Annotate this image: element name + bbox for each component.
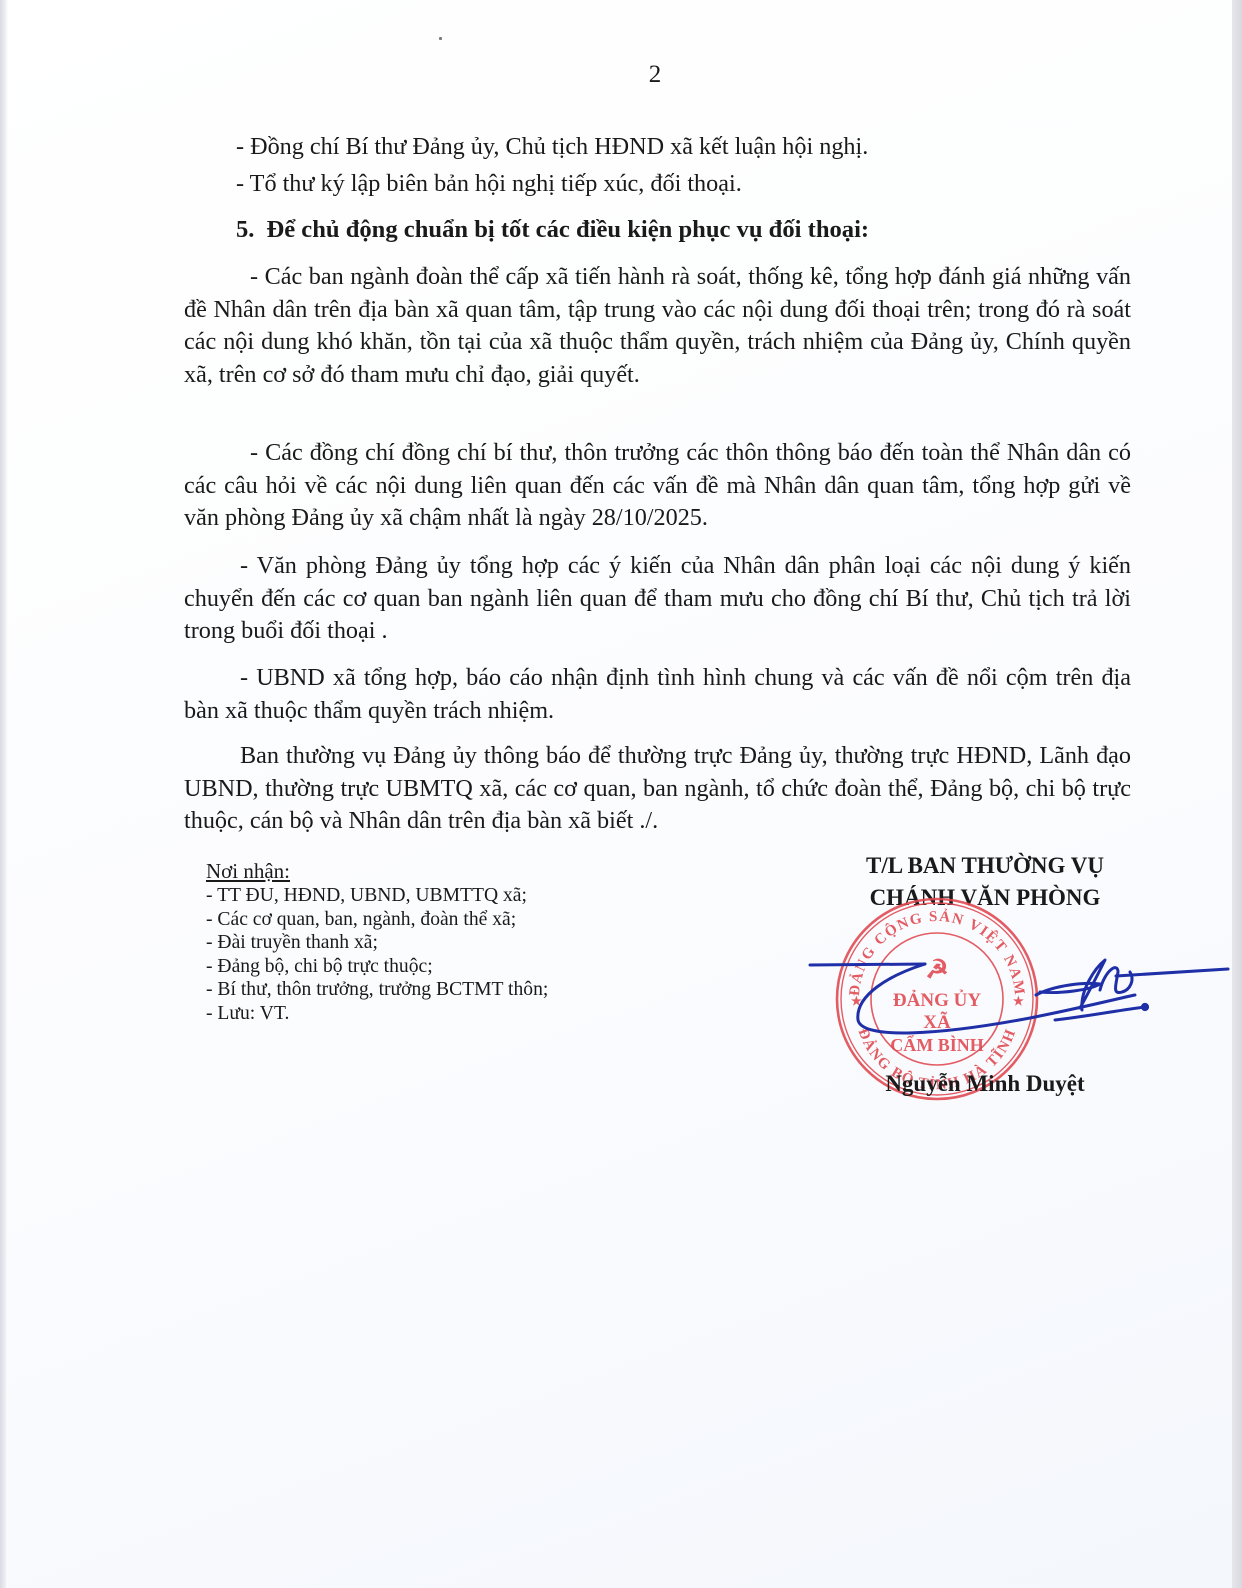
paragraph-ubnd: - UBND xã tổng hợp, báo cáo nhận định tì… bbox=[184, 662, 1131, 727]
paragraph-review: - Các ban ngành đoàn thể cấp xã tiến hàn… bbox=[184, 261, 1131, 391]
recipient-item: - Các cơ quan, ban, ngành, đoàn thể xã; bbox=[206, 908, 548, 932]
scan-speck bbox=[439, 37, 442, 40]
recipient-item: - Bí thư, thôn trưởng, trưởng BCTMT thôn… bbox=[206, 978, 548, 1002]
handwritten-signature bbox=[800, 940, 1230, 1050]
scan-edge-left bbox=[0, 0, 8, 1588]
paragraph-village-notice: - Các đồng chí đồng chí bí thư, thôn trư… bbox=[184, 437, 1131, 535]
signer-name: Nguyễn Minh Duyệt bbox=[820, 1067, 1150, 1101]
recipient-item: - Đảng bộ, chi bộ trực thuộc; bbox=[206, 955, 548, 979]
scan-edge-right bbox=[1232, 0, 1242, 1588]
section-5-heading: 5.Để chủ động chuẩn bị tốt các điều kiện… bbox=[236, 213, 869, 246]
paragraph-announcement: Ban thường vụ Đảng ủy thông báo để thườn… bbox=[184, 740, 1131, 838]
signature-title-line1: T/L BAN THƯỜNG VỤ bbox=[820, 850, 1150, 882]
page-number: 2 bbox=[0, 58, 1242, 92]
intro-line-1: - Đồng chí Bí thư Đảng ủy, Chủ tịch HĐND… bbox=[236, 130, 868, 163]
recipient-item: - TT ĐU, HĐND, UBND, UBMTTQ xã; bbox=[206, 884, 548, 908]
recipient-item: - Lưu: VT. bbox=[206, 1002, 548, 1026]
recipient-item: - Đài truyền thanh xã; bbox=[206, 931, 548, 955]
section-title: Để chủ động chuẩn bị tốt các điều kiện p… bbox=[266, 216, 869, 243]
section-number: 5. bbox=[236, 216, 254, 243]
recipients-block: Nơi nhận: - TT ĐU, HĐND, UBND, UBMTTQ xã… bbox=[206, 858, 548, 1025]
paragraph-office-summary: - Văn phòng Đảng ủy tổng hợp các ý kiến … bbox=[184, 550, 1131, 648]
recipients-list: - TT ĐU, HĐND, UBND, UBMTTQ xã; - Các cơ… bbox=[206, 884, 548, 1025]
intro-line-2: - Tổ thư ký lập biên bản hội nghị tiếp x… bbox=[236, 167, 742, 200]
recipients-title: Nơi nhận: bbox=[206, 858, 548, 884]
